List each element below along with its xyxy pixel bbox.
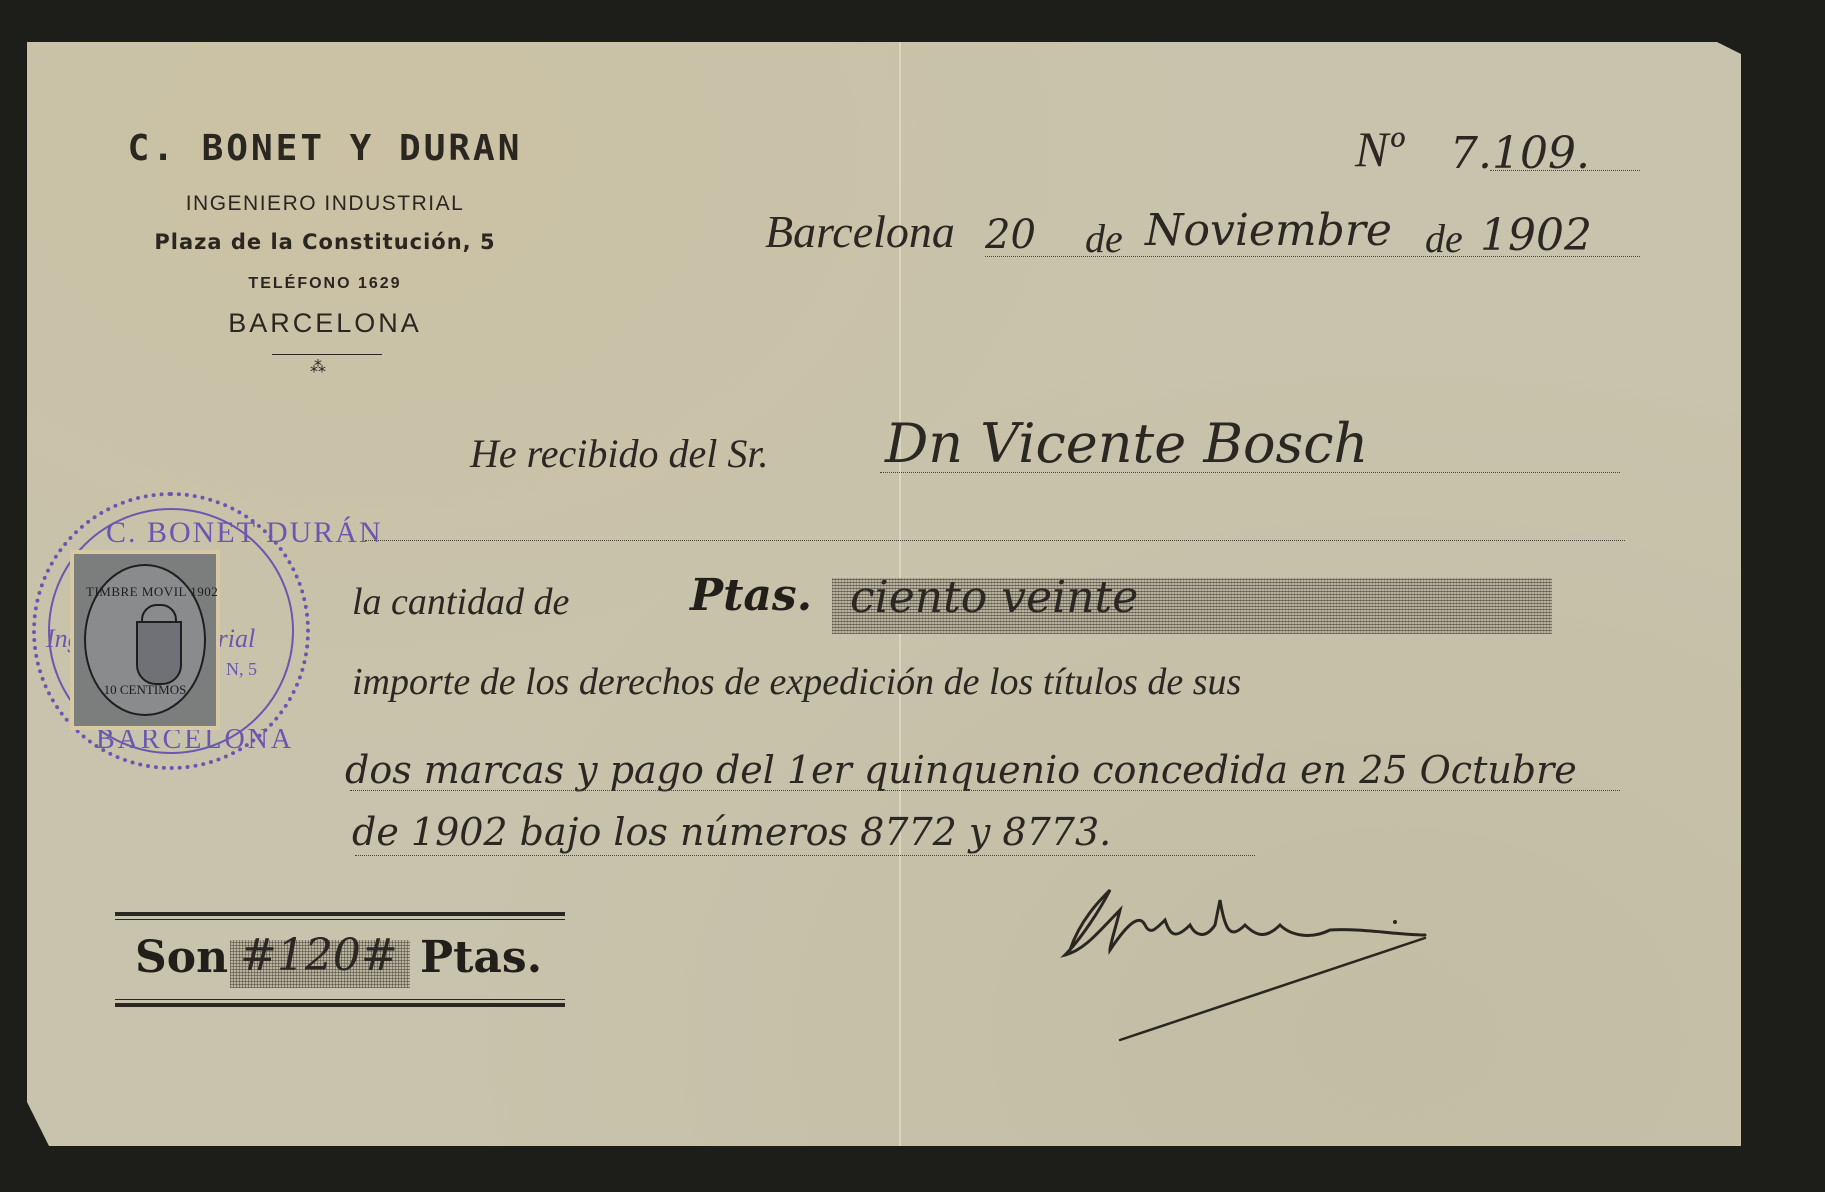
letterhead-title: INGENIERO INDUSTRIAL	[90, 192, 560, 216]
body-line-1: importe de los derechos de expedición de…	[352, 660, 1241, 704]
son-bottom-rule-thin	[115, 999, 565, 1000]
son-amount: #120#	[240, 930, 398, 981]
letterhead-phone: TELÉFONO 1629	[90, 275, 560, 293]
letterhead-address: Plaza de la Constitución, 5	[90, 230, 560, 254]
body-dotted-line-2	[350, 790, 1620, 791]
ornament-icon: ⁂	[310, 357, 326, 376]
body-dotted-line-3	[355, 855, 1255, 856]
date-de-2: de	[1425, 215, 1463, 262]
body-line-2: dos marcas y pago del 1er quinquenio con…	[345, 748, 1577, 792]
amount-label: la cantidad de	[352, 580, 569, 624]
seal-text-top: C. BONET DURÁN	[106, 516, 383, 550]
receipt-number-label: Nº	[1355, 120, 1404, 178]
revenue-stamp-bottom: 10 CENTIMOS	[86, 682, 204, 698]
signature	[1040, 880, 1460, 1050]
name-dotted-line	[880, 472, 1620, 473]
blank-dotted-line	[365, 540, 1625, 541]
received-from-name: Dn Vicente Bosch	[885, 412, 1368, 475]
body-line-3: de 1902 bajo los números 8772 y 8773.	[352, 810, 1111, 854]
seal-text-middle-2: N, 5	[226, 659, 257, 680]
date-dotted-line	[985, 256, 1640, 257]
currency-label: Ptas.	[690, 570, 812, 621]
number-dotted-line	[1490, 170, 1640, 171]
revenue-stamp-top: TIMBRE MOVIL 1902	[86, 584, 204, 600]
revenue-stamp-oval: TIMBRE MOVIL 1902 10 CENTIMOS	[84, 564, 206, 716]
son-top-rule-thin	[115, 919, 565, 920]
amount-words: ciento veinte	[850, 572, 1138, 623]
revenue-stamp: TIMBRE MOVIL 1902 10 CENTIMOS	[70, 550, 220, 730]
date-month: Noviembre	[1145, 205, 1392, 256]
son-label: Son	[135, 932, 228, 983]
letterhead-company: C. BONET Y DURAN	[90, 128, 560, 169]
received-from-label: He recibido del Sr.	[470, 430, 768, 477]
receipt-number: 7.109.	[1450, 128, 1590, 179]
date-de-1: de	[1085, 215, 1123, 262]
letterhead-city: BARCELONA	[90, 308, 560, 339]
date-day: 20	[985, 212, 1036, 258]
letterhead-rule	[272, 354, 382, 355]
son-currency: Ptas.	[420, 932, 542, 983]
date-year: 1902	[1480, 210, 1592, 261]
son-top-rule	[115, 912, 565, 916]
coat-of-arms-icon	[136, 621, 182, 685]
date-city: Barcelona	[765, 205, 955, 258]
son-bottom-rule	[115, 1003, 565, 1007]
